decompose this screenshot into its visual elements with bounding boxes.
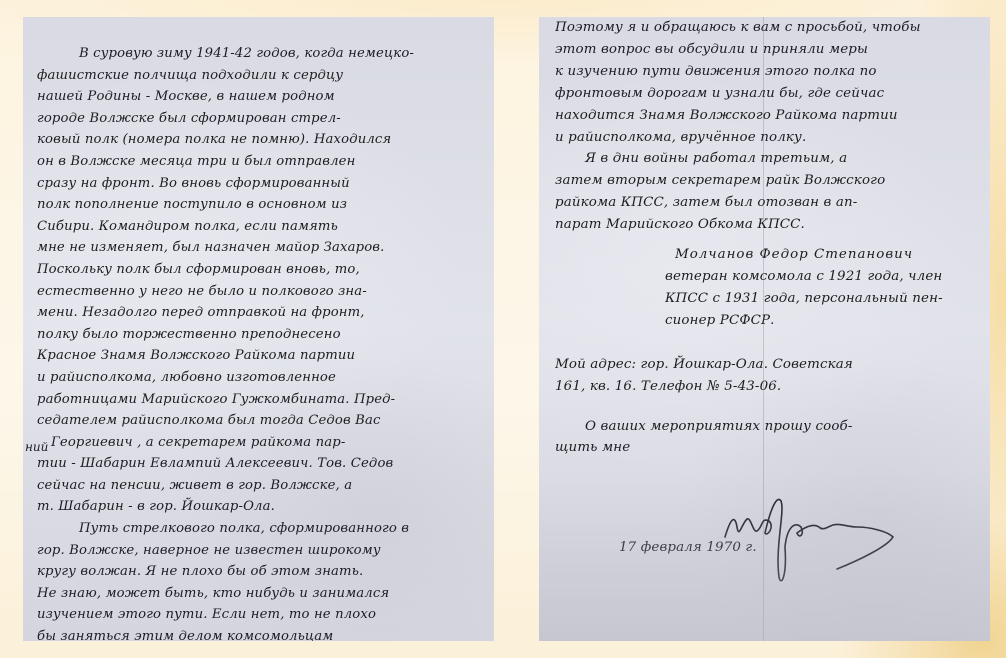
- text-line: тии - Шабарин Евлампий Алексеевич. Тов. …: [37, 453, 482, 475]
- text-line: естественно у него не было и полкового з…: [37, 281, 482, 303]
- text-line: Георгиевич , а секретарем райкома пар-: [37, 432, 482, 454]
- text-line: городе Волжске был сформирован стрел-: [37, 108, 482, 130]
- text-line: полку было торжественно преподнесено: [37, 324, 482, 346]
- text-line: Сибири. Командиром полка, если память: [37, 216, 482, 238]
- letter-page-2: Поэтому я и обращаюсь к вам с просьбой, …: [539, 17, 990, 641]
- text-line: он в Волжске месяца три и был отправлен: [37, 151, 482, 173]
- text-line: полк пополнение поступило в основном из: [37, 194, 482, 216]
- credential-line: ветеран комсомола с 1921 года, член: [665, 266, 972, 288]
- text-line: Красное Знамя Волжского Райкома партии: [37, 345, 482, 367]
- letter-page-1: ний В суровую зиму 1941-42 годов, когда …: [23, 17, 494, 641]
- text-line: мне не изменяет, был назначен майор Заха…: [37, 237, 482, 259]
- text-line: мени. Незадолго перед отправкой на фронт…: [37, 302, 482, 324]
- credential-line: КПСС с 1931 года, персональный пен-: [665, 288, 972, 310]
- text-line: сейчас на пенсии, живет в гор. Волжске, …: [37, 475, 482, 497]
- request-line: О ваших мероприятиях прошу сооб-: [585, 416, 972, 438]
- letter-date: 17 февраля 1970 г.: [619, 537, 757, 559]
- text-line: работницами Марийского Гужкомбината. Пре…: [37, 389, 482, 411]
- text-line: и райисполкома, любовно изготовленное: [37, 367, 482, 389]
- margin-note: ний: [25, 440, 48, 454]
- text-line: гор. Волжске, наверное не известен широк…: [37, 540, 482, 562]
- text-line: Поскольку полк был сформирован вновь, то…: [37, 259, 482, 281]
- credential-line: сионер РСФСР.: [665, 310, 972, 332]
- text-line: нашей Родины - Москве, в нашем родном: [37, 86, 482, 108]
- text-line: В суровую зиму 1941-42 годов, когда неме…: [37, 43, 482, 65]
- text-line: Путь стрелкового полка, сформированного …: [37, 518, 482, 540]
- text-line: ковый полк (номера полка не помню). Нахо…: [37, 129, 482, 151]
- text-line: сразу на фронт. Во вновь сформированный: [37, 173, 482, 195]
- text-line: изучением этого пути. Если нет, то не пл…: [37, 604, 482, 626]
- text-line: бы заняться этим делом комсомольцам: [37, 626, 482, 641]
- text-line: кругу волжан. Я не плохо бы об этом знат…: [37, 561, 482, 583]
- text-line: Не знаю, может быть, кто нибудь и занима…: [37, 583, 482, 605]
- text-line: седателем райисполкома был тогда Седов В…: [37, 410, 482, 432]
- text-line: фашистские полчища подходили к сердцу: [37, 65, 482, 87]
- text-line: т. Шабарин - в гор. Йошкар-Ола.: [37, 496, 482, 518]
